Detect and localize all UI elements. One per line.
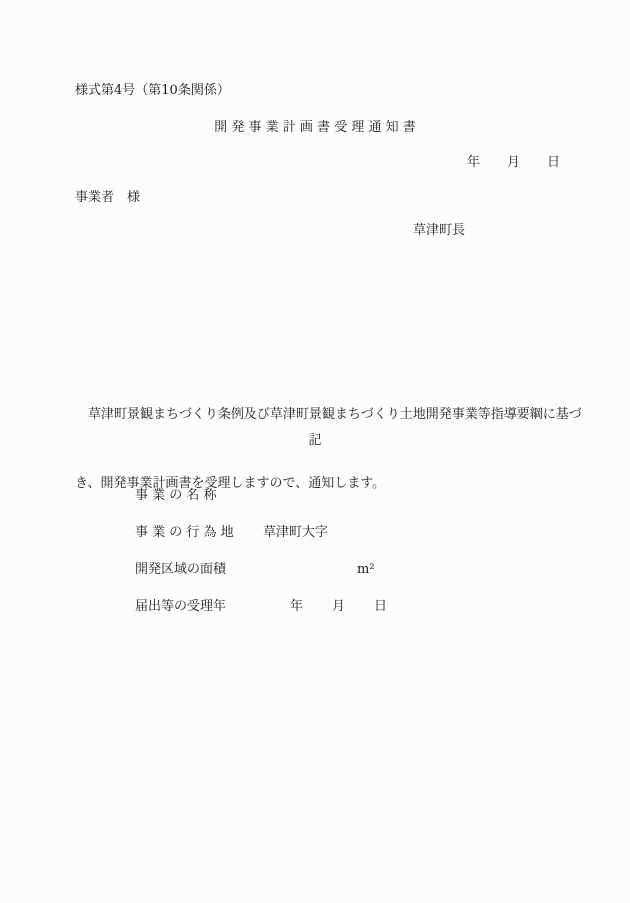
development-area-unit: m² (357, 563, 375, 576)
development-area-label: 開発区域の面積 (135, 563, 226, 576)
issue-date-year-label: 年 (467, 156, 480, 169)
document-page: 様式第4号（第10条関係） 開 発 事 業 計 画 書 受 理 通 知 書 年 … (0, 0, 630, 903)
issuer-mayor: 草津町長 (413, 224, 465, 237)
body-paragraph: 草津町景観まちづくり条例及び草津町景観まちづくり土地開発事業等指導要綱に基づ き… (75, 357, 575, 541)
issue-date-day-label: 日 (547, 156, 560, 169)
record-heading: 記 (0, 434, 630, 447)
project-name-label: 事 業 の 名 称 (135, 489, 217, 502)
body-paragraph-line-1: 草津町景観まちづくり条例及び草津町景観まちづくり土地開発事業等指導要綱に基づ (75, 403, 575, 426)
receipt-date-month-label: 月 (332, 600, 345, 613)
issue-date-month-label: 月 (507, 156, 520, 169)
receipt-date-line: 年 月 日 (290, 600, 387, 613)
issue-date-line: 年 月 日 (467, 156, 560, 169)
project-location-value: 草津町大字 (263, 526, 328, 539)
project-location-label: 事 業 の 行 為 地 (135, 526, 234, 539)
receipt-date-year-label: 年 (290, 600, 303, 613)
addressee: 事業者 様 (75, 191, 140, 204)
form-number: 様式第4号（第10条関係） (75, 84, 230, 97)
document-title: 開 発 事 業 計 画 書 受 理 通 知 書 (0, 121, 630, 134)
receipt-date-day-label: 日 (374, 600, 387, 613)
receipt-date-label: 届出等の受理年 (135, 600, 226, 613)
